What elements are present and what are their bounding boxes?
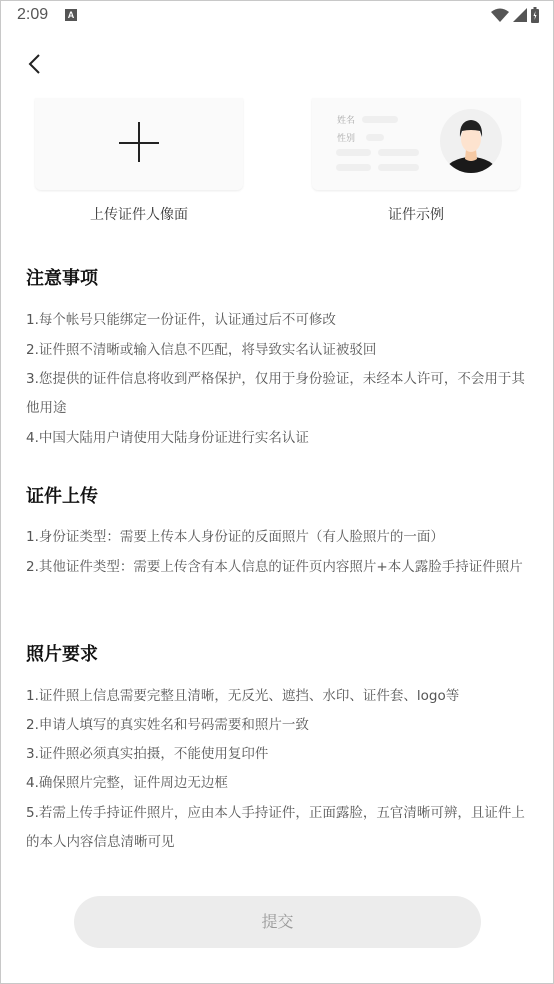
list-item: 1.身份证类型：需要上传本人身份证的反面照片（有人脸照片的一面） <box>26 523 531 552</box>
example-card-label: 证件示例 <box>312 204 520 224</box>
status-time: 2:09 <box>17 6 48 24</box>
upload-card-label: 上传证件人像面 <box>35 204 243 224</box>
avatar-example <box>440 109 502 173</box>
placeholder-bar <box>378 164 419 171</box>
id-gender-label: 性别 <box>337 131 355 144</box>
list-item: 2.申请人填写的真实姓名和号码需要和照片一致 <box>26 711 531 740</box>
placeholder-bar <box>366 134 384 141</box>
list-item: 2.其他证件类型：需要上传含有本人信息的证件页内容照片+本人露脸手持证件照片 <box>26 553 531 582</box>
upload-portrait-card[interactable] <box>35 98 243 190</box>
list-item: 4.中国大陆用户请使用大陆身份证进行实名认证 <box>26 424 531 453</box>
placeholder-bar <box>336 164 371 171</box>
list-item: 1.证件照上信息需要完整且清晰，无反光、遮挡、水印、证件套、logo等 <box>26 682 531 711</box>
section-title: 照片要求 <box>26 640 98 666</box>
list-item: 5.若需上传手持证件照片，应由本人手持证件，正面露脸，五官清晰可辨，且证件上的本… <box>26 799 531 857</box>
status-icons <box>491 7 539 23</box>
list-item: 3.证件照必须真实拍摄，不能使用复印件 <box>26 740 531 769</box>
section-title: 注意事项 <box>26 264 98 290</box>
id-name-label: 姓名 <box>337 113 355 126</box>
person-avatar-icon <box>440 109 502 173</box>
placeholder-bar <box>336 149 371 156</box>
list-item: 4.确保照片完整，证件周边无边框 <box>26 769 531 798</box>
notification-a-icon: A <box>65 9 77 21</box>
id-example-card[interactable]: 姓名 性别 <box>312 98 520 190</box>
wifi-icon <box>491 8 509 22</box>
submit-button[interactable]: 提交 <box>74 896 481 948</box>
section-title: 证件上传 <box>26 482 98 508</box>
chevron-left-icon <box>21 49 51 79</box>
list-item: 1.每个帐号只能绑定一份证件，认证通过后不可修改 <box>26 306 531 335</box>
list-item: 3.您提供的证件信息将收到严格保护，仅用于身份验证，未经本人许可，不会用于其他用… <box>26 365 531 423</box>
cellular-signal-icon <box>513 8 527 22</box>
placeholder-bar <box>378 149 419 156</box>
back-button[interactable] <box>21 49 51 79</box>
list-item: 2.证件照不清晰或输入信息不匹配，将导致实名认证被驳回 <box>26 336 531 365</box>
plus-icon-vertical <box>138 122 140 162</box>
status-bar: 2:09 A <box>1 1 553 31</box>
placeholder-bar <box>362 116 398 123</box>
battery-charging-icon <box>531 7 539 23</box>
